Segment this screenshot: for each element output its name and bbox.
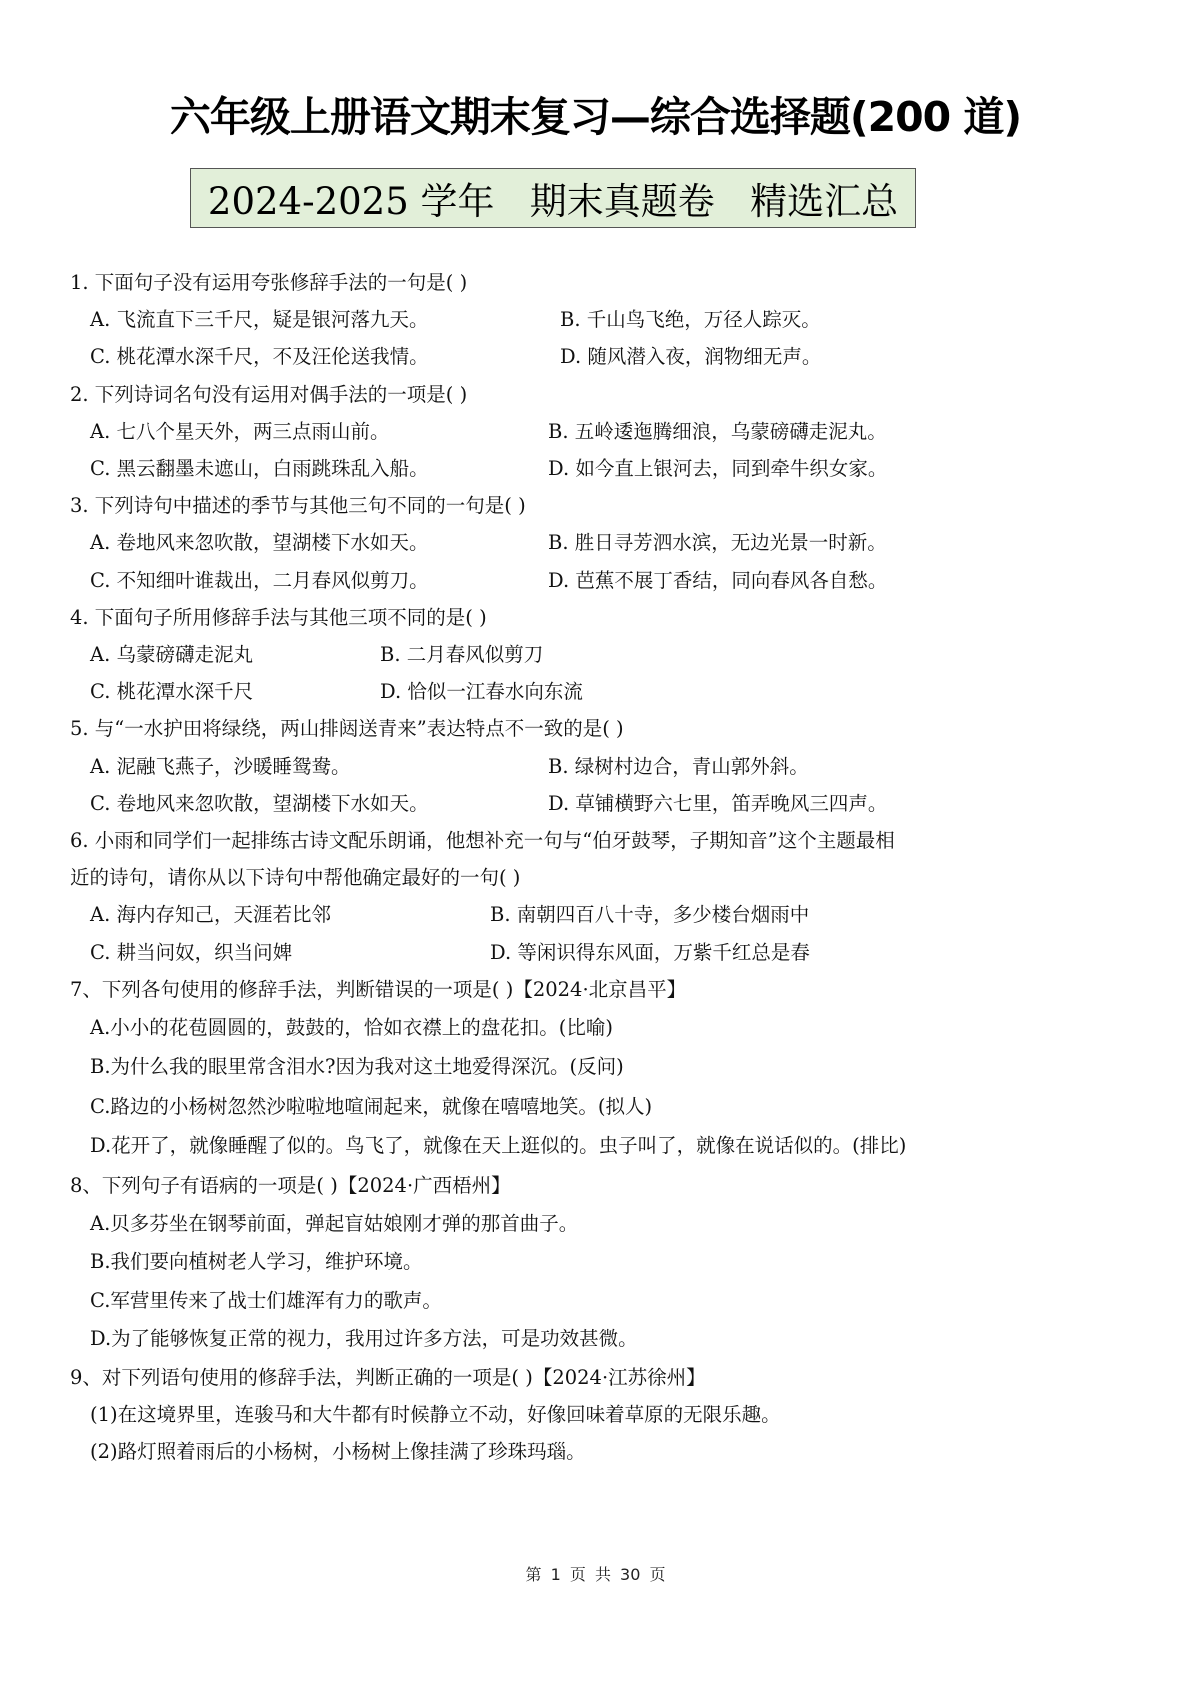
option-row: A. 海内存知己，天涯若比邻 B. 南朝四百八十寺，多少楼台烟雨中 [70, 896, 1130, 933]
option-2a: A. 七八个星天外，两三点雨山前。 [90, 413, 548, 450]
option-1c: C. 桃花潭水深千尺，不及汪伦送我情。 [90, 338, 560, 375]
option-4d: D. 恰似一江春水向东流 [380, 673, 583, 710]
option-1d: D. 随风潜入夜，润物细无声。 [560, 338, 821, 375]
question-stem-6-line1: 6. 小雨和同学们一起排练古诗文配乐朗诵，他想补充一句与“伯牙鼓琴，子期知音”这… [70, 822, 1130, 859]
option-6c: C. 耕当问奴，织当问婢 [90, 934, 490, 971]
option-6a: A. 海内存知己，天涯若比邻 [90, 896, 490, 933]
question-stem-8: 8、下列句子有语病的一项是( )【2024·广西梧州】 [70, 1166, 1130, 1205]
option-row: A. 泥融飞燕子，沙暖睡鸳鸯。 B. 绿树村边合，青山郭外斜。 [70, 748, 1130, 785]
question-stem-4: 4. 下面句子所用修辞手法与其他三项不同的是( ) [70, 599, 1130, 636]
option-8a: A.贝多芬坐在钢琴前面，弹起盲姑娘刚才弹的那首曲子。 [70, 1205, 1130, 1244]
question-stem-7: 7、下列各句使用的修辞手法，判断错误的一项是( )【2024·北京昌平】 [70, 971, 1130, 1008]
option-5a: A. 泥融飞燕子，沙暖睡鸳鸯。 [90, 748, 548, 785]
option-1b: B. 千山鸟飞绝，万径人踪灭。 [560, 301, 821, 338]
question-stem-2: 2. 下列诗词名句没有运用对偶手法的一项是( ) [70, 376, 1130, 413]
option-4a: A. 乌蒙磅礴走泥丸 [90, 636, 380, 673]
option-row: C. 黑云翻墨未遮山，白雨跳珠乱入船。 D. 如今直上银河去，同到牵牛织女家。 [70, 450, 1130, 487]
option-2d: D. 如今直上银河去，同到牵牛织女家。 [548, 450, 887, 487]
question-stem-9: 9、对下列语句使用的修辞手法，判断正确的一项是( )【2024·江苏徐州】 [70, 1359, 1130, 1396]
question-stem-3: 3. 下列诗句中描述的季节与其他三句不同的一句是( ) [70, 487, 1130, 524]
option-4c: C. 桃花潭水深千尺 [90, 673, 380, 710]
option-row: A. 乌蒙磅礴走泥丸 B. 二月春风似剪刀 [70, 636, 1130, 673]
option-row: A. 卷地风来忽吹散，望湖楼下水如天。 B. 胜日寻芳泗水滨，无边光景一时新。 [70, 524, 1130, 561]
question-stem-1: 1. 下面句子没有运用夸张修辞手法的一句是( ) [70, 264, 1130, 301]
option-7d: D.花开了，就像睡醒了似的。鸟飞了，就像在天上逛似的。虫子叫了，就像在说话似的。… [70, 1126, 1130, 1166]
option-row: C. 耕当问奴，织当问婢 D. 等闲识得东风面，万紫千红总是春 [70, 934, 1130, 971]
option-4b: B. 二月春风似剪刀 [380, 636, 543, 673]
option-8c: C.军营里传来了战士们雄浑有力的歌声。 [70, 1282, 1130, 1321]
option-row: C. 桃花潭水深千尺 D. 恰似一江春水向东流 [70, 673, 1130, 710]
statement-9-1: (1)在这境界里，连骏马和大牛都有时候静立不动，好像回味着草原的无限乐趣。 [70, 1396, 1130, 1433]
statement-9-2: (2)路灯照着雨后的小杨树，小杨树上像挂满了珍珠玛瑙。 [70, 1433, 1130, 1470]
option-row: A. 七八个星天外，两三点雨山前。 B. 五岭逶迤腾细浪，乌蒙磅礴走泥丸。 [70, 413, 1130, 450]
option-3b: B. 胜日寻芳泗水滨，无边光景一时新。 [548, 524, 887, 561]
option-7b: B.为什么我的眼里常含泪水?因为我对这土地爱得深沉。(反问) [70, 1047, 1130, 1087]
option-row: A. 飞流直下三千尺，疑是银河落九天。 B. 千山鸟飞绝，万径人踪灭。 [70, 301, 1130, 338]
option-row: C. 桃花潭水深千尺，不及汪伦送我情。 D. 随风潜入夜，润物细无声。 [70, 338, 1130, 375]
option-2c: C. 黑云翻墨未遮山，白雨跳珠乱入船。 [90, 450, 548, 487]
option-8b: B.我们要向植树老人学习，维护环境。 [70, 1243, 1130, 1282]
page-title: 六年级上册语文期末复习—综合选择题(200 道) [0, 84, 1191, 143]
option-7a: A.小小的花苞圆圆的，鼓鼓的，恰如衣襟上的盘花扣。(比喻) [70, 1008, 1130, 1048]
banner-subtitle: 2024-2025 学年 期末真题卷 精选汇总 [190, 168, 916, 228]
option-5d: D. 草铺横野六七里，笛弄晚风三四声。 [548, 785, 887, 822]
option-1a: A. 飞流直下三千尺，疑是银河落九天。 [90, 301, 560, 338]
option-3c: C. 不知细叶谁裁出，二月春风似剪刀。 [90, 562, 548, 599]
question-stem-6-line2: 近的诗句，请你从以下诗句中帮他确定最好的一句( ) [70, 859, 1130, 896]
option-3a: A. 卷地风来忽吹散，望湖楼下水如天。 [90, 524, 548, 561]
option-row: C. 卷地风来忽吹散，望湖楼下水如天。 D. 草铺横野六七里，笛弄晚风三四声。 [70, 785, 1130, 822]
option-6b: B. 南朝四百八十寺，多少楼台烟雨中 [490, 896, 809, 933]
option-3d: D. 芭蕉不展丁香结，同向春风各自愁。 [548, 562, 887, 599]
page-number: 第 1 页 共 30 页 [0, 1562, 1191, 1585]
option-5b: B. 绿树村边合，青山郭外斜。 [548, 748, 809, 785]
option-2b: B. 五岭逶迤腾细浪，乌蒙磅礴走泥丸。 [548, 413, 887, 450]
option-7c: C.路边的小杨树忽然沙啦啦地喧闹起来，就像在嘻嘻地笑。(拟人) [70, 1087, 1130, 1127]
question-stem-5: 5. 与“一水护田将绿绕，两山排闼送青来”表达特点不一致的是( ) [70, 710, 1130, 747]
option-8d: D.为了能够恢复正常的视力，我用过许多方法，可是功效甚微。 [70, 1320, 1130, 1359]
option-5c: C. 卷地风来忽吹散，望湖楼下水如天。 [90, 785, 548, 822]
option-row: C. 不知细叶谁裁出，二月春风似剪刀。 D. 芭蕉不展丁香结，同向春风各自愁。 [70, 562, 1130, 599]
option-6d: D. 等闲识得东风面，万紫千红总是春 [490, 934, 810, 971]
question-list: 1. 下面句子没有运用夸张修辞手法的一句是( ) A. 飞流直下三千尺，疑是银河… [70, 264, 1130, 1470]
